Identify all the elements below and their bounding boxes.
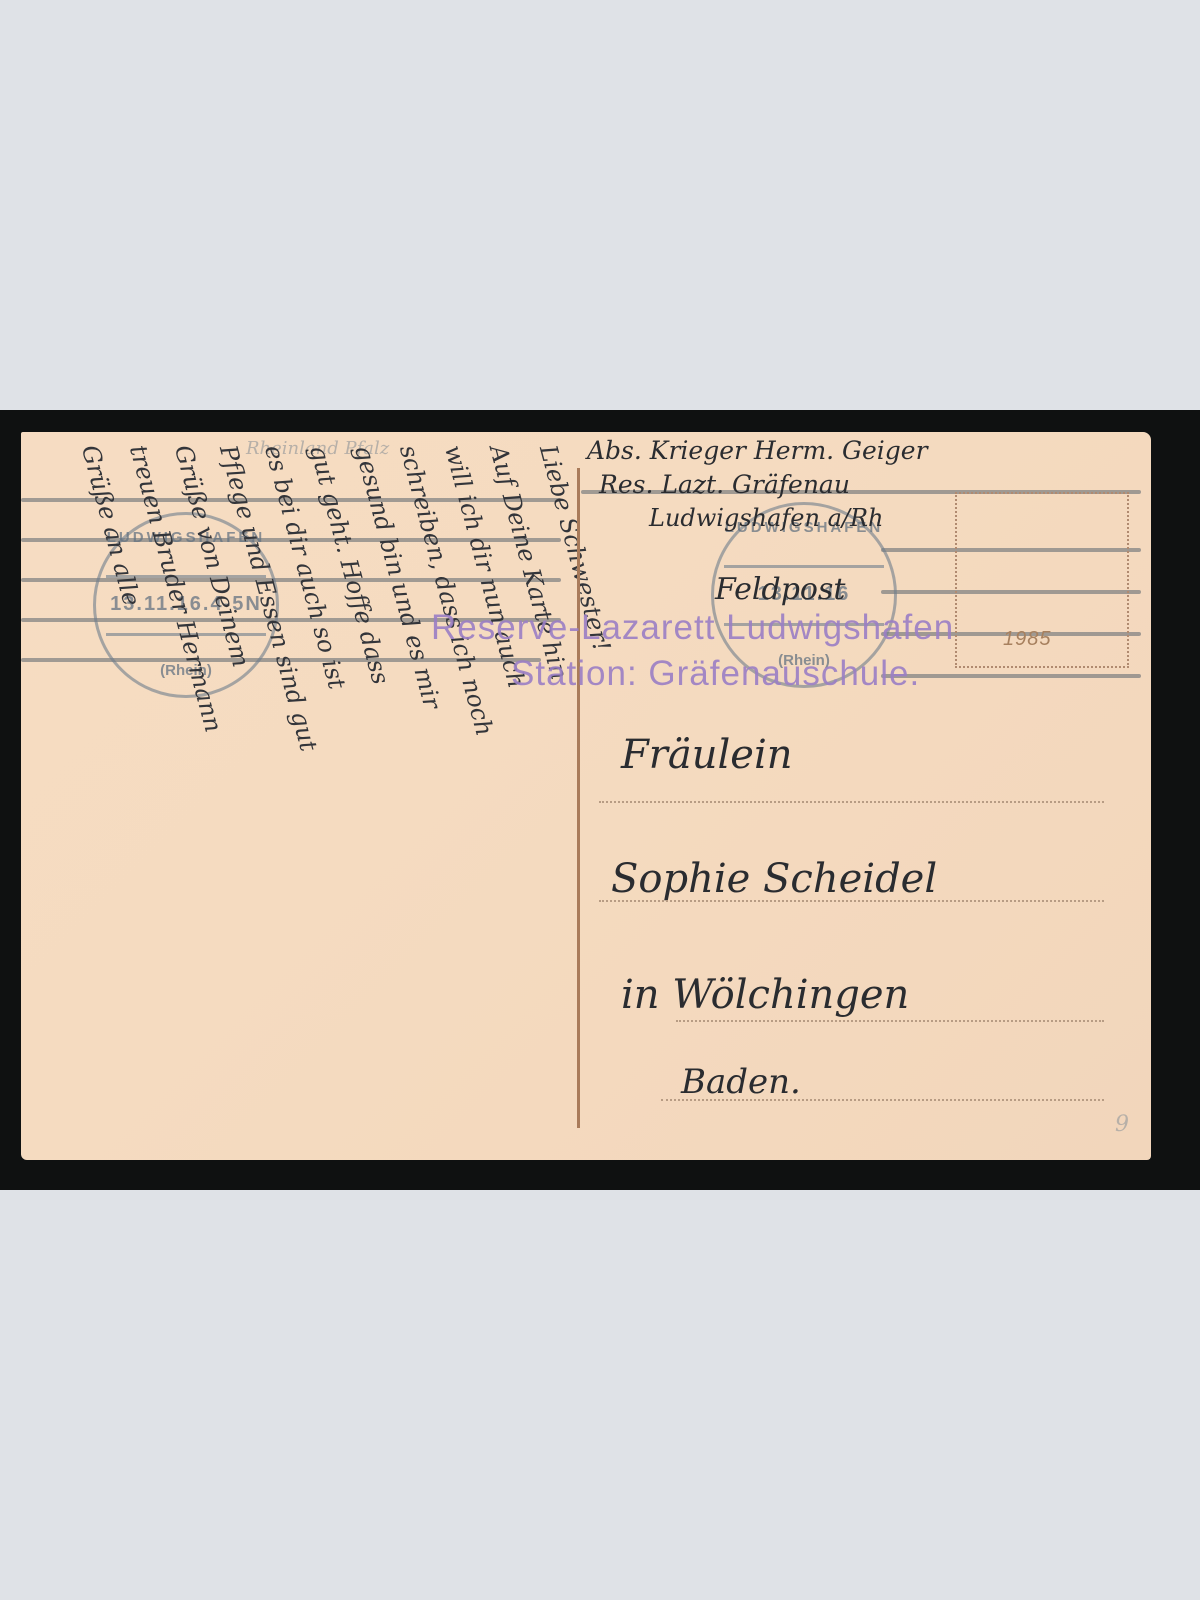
card-divider [577,468,580,1128]
sender-line-3: Ludwigshafen a/Rh [649,504,884,532]
recipient-title: Fräulein [621,732,793,778]
recipient-region: Baden. [681,1062,801,1102]
address-line [599,801,1104,803]
sender-line-1: Abs. Krieger Herm. Geiger [587,436,928,465]
sender-line-2: Res. Lazt. Gräfenau [599,470,850,499]
stamp-value: 1985 [1003,628,1052,651]
address-line [676,1020,1104,1022]
censor-stamp-line-2: Station: Gräfenauschule. [511,654,920,694]
service-note: Feldpost [715,572,845,607]
handwritten-message: Liebe Schwester! Auf Deine Karte hin wil… [41,442,571,1142]
recipient-name: Sophie Scheidel [611,856,937,902]
postcard: Rheinland Pfalz LUDWIGSHAFEN 13.11.16.4-… [21,432,1151,1160]
recipient-town: in Wölchingen [621,972,909,1018]
corner-mark: 9 [1115,1112,1129,1137]
censor-stamp-line-1: Reserve-Lazarett Ludwigshafen [431,608,954,648]
address-line [661,1099,1104,1101]
address-line [599,900,1104,902]
